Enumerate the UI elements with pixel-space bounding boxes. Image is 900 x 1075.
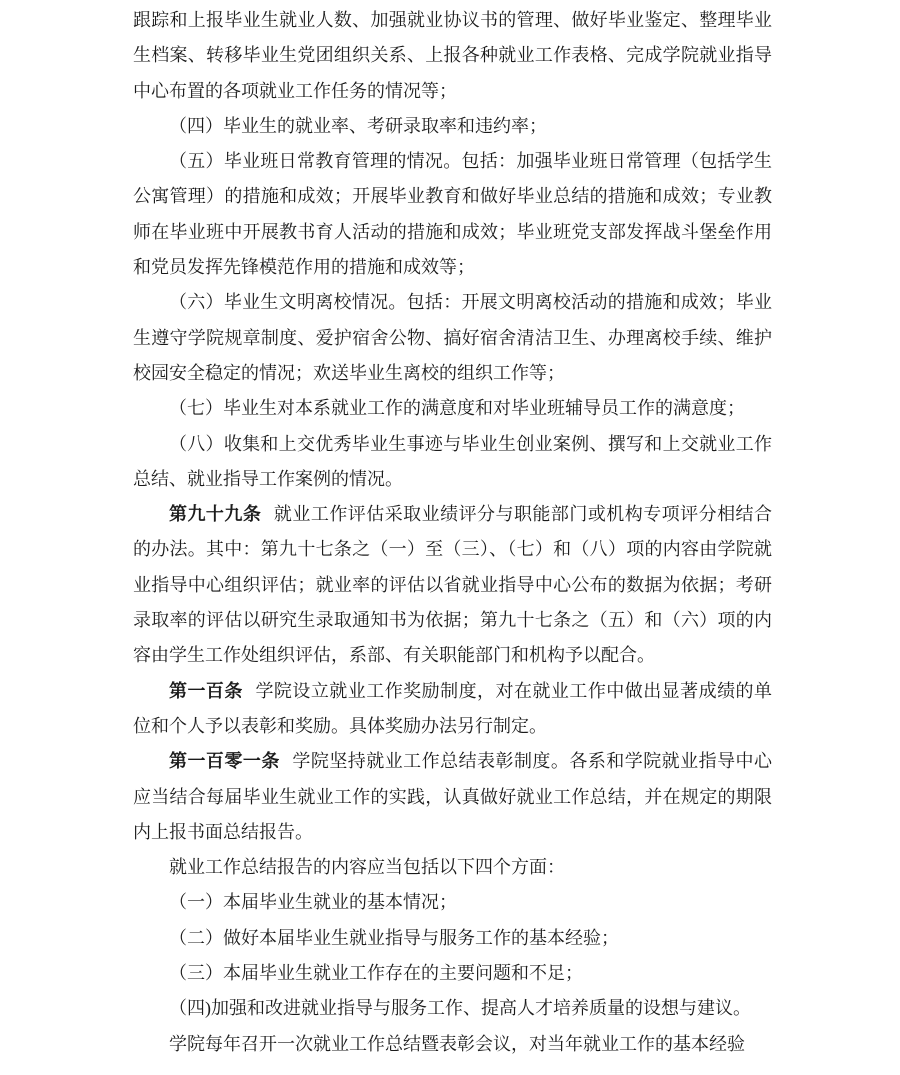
paragraph-text: （四）毕业生的就业率、考研录取率和违约率； [169,116,547,136]
paragraph-text: 学院每年召开一次就业工作总结暨表彰会议，对当年就业工作的基本经验 [169,1034,745,1054]
paragraph: （七）毕业生对本系就业工作的满意度和对毕业班辅导员工作的满意度； [133,391,772,426]
paragraph-text: （六）毕业生文明离校情况。包括：开展文明离校活动的措施和成效；毕业生遵守学院规章… [133,292,772,383]
document-body: 跟踪和上报毕业生就业人数、加强就业协议书的管理、做好毕业鉴定、整理毕业生档案、转… [133,3,772,1062]
article-number: 第一百条 [169,681,243,701]
paragraph-text: 就业工作评估采取业绩评分与职能部门或机构专项评分相结合的办法。其中：第九十七条之… [133,504,772,665]
paragraph: （四）毕业生的就业率、考研录取率和违约率； [133,109,772,144]
paragraph-text: （七）毕业生对本系就业工作的满意度和对毕业班辅导员工作的满意度； [169,398,745,418]
paragraph-text: （五）毕业班日常教育管理的情况。包括：加强毕业班日常管理（包括学生公寓管理）的措… [133,151,772,277]
paragraph-text: 就业工作总结报告的内容应当包括以下四个方面： [169,857,565,877]
article-paragraph: 第一百条学院设立就业工作奖励制度，对在就业工作中做出显著成绩的单位和个人予以表彰… [133,674,772,745]
article-number: 第一百零一条 [169,751,280,771]
paragraph-text: 跟踪和上报毕业生就业人数、加强就业协议书的管理、做好毕业鉴定、整理毕业生档案、转… [133,10,772,101]
paragraph-text: （二）做好本届毕业生就业指导与服务工作的基本经验； [169,928,619,948]
paragraph: （八）收集和上交优秀毕业生事迹与毕业生创业案例、撰写和上交就业工作总结、就业指导… [133,427,772,498]
paragraph: （四)加强和改进就业指导与服务工作、提高人才培养质量的设想与建议。 [133,991,772,1026]
paragraph-text: （四)加强和改进就业指导与服务工作、提高人才培养质量的设想与建议。 [169,998,751,1018]
paragraph: （六）毕业生文明离校情况。包括：开展文明离校活动的措施和成效；毕业生遵守学院规章… [133,285,772,391]
paragraph: 跟踪和上报毕业生就业人数、加强就业协议书的管理、做好毕业鉴定、整理毕业生档案、转… [133,3,772,109]
paragraph: （二）做好本届毕业生就业指导与服务工作的基本经验； [133,921,772,956]
paragraph-text: （八）收集和上交优秀毕业生事迹与毕业生创业案例、撰写和上交就业工作总结、就业指导… [133,434,772,489]
paragraph-text: （一）本届毕业生就业的基本情况； [169,892,457,912]
paragraph: （三）本届毕业生就业工作存在的主要问题和不足； [133,956,772,991]
article-paragraph: 第一百零一条学院坚持就业工作总结表彰制度。各系和学院就业指导中心应当结合每届毕业… [133,744,772,850]
article-number: 第九十九条 [169,504,261,524]
paragraph: 就业工作总结报告的内容应当包括以下四个方面： [133,850,772,885]
document-page: 跟踪和上报毕业生就业人数、加强就业协议书的管理、做好毕业鉴定、整理毕业生档案、转… [0,0,900,1075]
paragraph: （一）本届毕业生就业的基本情况； [133,885,772,920]
article-paragraph: 第九十九条就业工作评估采取业绩评分与职能部门或机构专项评分相结合的办法。其中：第… [133,497,772,673]
paragraph: 学院每年召开一次就业工作总结暨表彰会议，对当年就业工作的基本经验 [133,1027,772,1062]
paragraph-text: （三）本届毕业生就业工作存在的主要问题和不足； [169,963,583,983]
paragraph: （五）毕业班日常教育管理的情况。包括：加强毕业班日常管理（包括学生公寓管理）的措… [133,144,772,285]
